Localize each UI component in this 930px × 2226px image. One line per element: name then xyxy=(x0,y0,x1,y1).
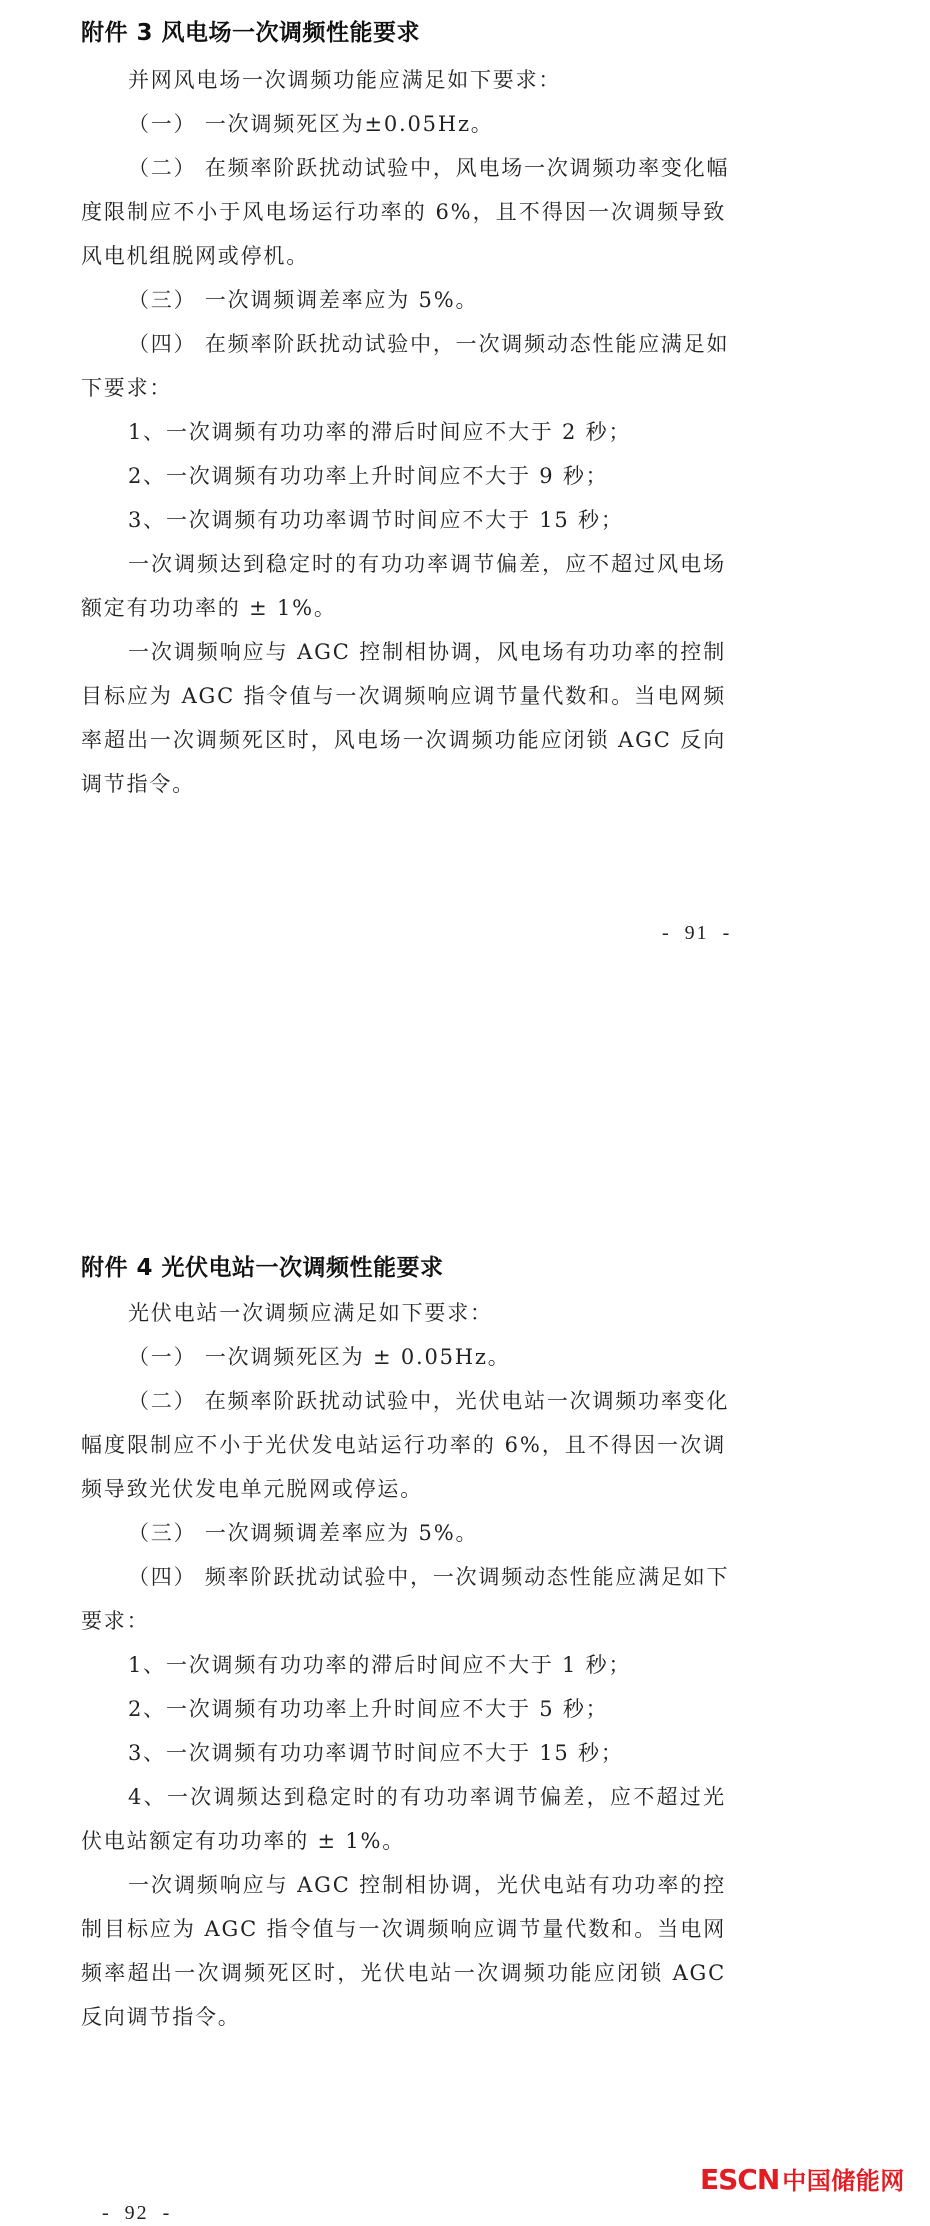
page-title: 附件 3 风电场一次调频性能要求 xyxy=(81,11,420,55)
page-number: - 92 - xyxy=(102,2198,171,2226)
text-line: 2、一次调频有功功率上升时间应不大于 5 秒； xyxy=(81,1687,726,1731)
logo-latin-text: ESCN xyxy=(700,2163,779,2196)
page-number: - 91 - xyxy=(662,918,731,948)
logo-cjk-text: 中国储能网 xyxy=(782,2167,905,2195)
text-line: 额定有功功率的 ± 1%。 xyxy=(81,586,726,630)
text-line: 幅度限制应不小于光伏发电站运行功率的 6%，且不得因一次调 xyxy=(81,1423,726,1467)
body-text: 光伏电站一次调频应满足如下要求： （一） 一次调频死区为 ± 0.05Hz。 （… xyxy=(81,1291,726,2039)
text-line: 1、一次调频有功功率的滞后时间应不大于 2 秒； xyxy=(81,410,726,454)
text-line: 反向调节指令。 xyxy=(81,1995,726,2039)
text-line: 光伏电站一次调频应满足如下要求： xyxy=(81,1291,726,1335)
text-line: 3、一次调频有功功率调节时间应不大于 15 秒； xyxy=(81,1731,726,1775)
text-line: 目标应为 AGC 指令值与一次调频响应调节量代数和。当电网频 xyxy=(81,674,726,718)
escn-watermark-logo: ESCN中国储能网 xyxy=(700,2166,905,2194)
text-line: （二） 在频率阶跃扰动试验中，光伏电站一次调频功率变化 xyxy=(81,1379,726,1423)
text-line: （四） 频率阶跃扰动试验中，一次调频动态性能应满足如下 xyxy=(81,1555,726,1599)
text-line: 一次调频响应与 AGC 控制相协调，风电场有功功率的控制 xyxy=(81,630,726,674)
text-line: 一次调频响应与 AGC 控制相协调，光伏电站有功功率的控 xyxy=(81,1863,726,1907)
text-line: 4、一次调频达到稳定时的有功功率调节偏差，应不超过光 xyxy=(81,1775,726,1819)
text-line: 频导致光伏发电单元脱网或停运。 xyxy=(81,1467,726,1511)
text-line: 2、一次调频有功功率上升时间应不大于 9 秒； xyxy=(81,454,726,498)
text-line: （三） 一次调频调差率应为 5%。 xyxy=(81,1511,726,1555)
text-line: 率超出一次调频死区时，风电场一次调频功能应闭锁 AGC 反向 xyxy=(81,718,726,762)
text-line: 一次调频达到稳定时的有功功率调节偏差，应不超过风电场 xyxy=(81,542,726,586)
text-line: 制目标应为 AGC 指令值与一次调频响应调节量代数和。当电网 xyxy=(81,1907,726,1951)
text-line: （一） 一次调频死区为 ± 0.05Hz。 xyxy=(81,1335,726,1379)
text-line: 度限制应不小于风电场运行功率的 6%，且不得因一次调频导致 xyxy=(81,190,726,234)
text-line: 并网风电场一次调频功能应满足如下要求： xyxy=(81,58,726,102)
text-line: 风电机组脱网或停机。 xyxy=(81,234,726,278)
text-line: 下要求： xyxy=(81,366,726,410)
text-line: （一） 一次调频死区为±0.05Hz。 xyxy=(81,102,726,146)
text-line: 伏电站额定有功功率的 ± 1%。 xyxy=(81,1819,726,1863)
text-line: （二） 在频率阶跃扰动试验中，风电场一次调频功率变化幅 xyxy=(81,146,726,190)
page-title: 附件 4 光伏电站一次调频性能要求 xyxy=(81,1246,444,1290)
text-line: 调节指令。 xyxy=(81,762,726,806)
body-text: 并网风电场一次调频功能应满足如下要求： （一） 一次调频死区为±0.05Hz。 … xyxy=(81,58,726,806)
text-line: 要求： xyxy=(81,1599,726,1643)
text-line: （四） 在频率阶跃扰动试验中，一次调频动态性能应满足如 xyxy=(81,322,726,366)
text-line: 3、一次调频有功功率调节时间应不大于 15 秒； xyxy=(81,498,726,542)
text-line: 频率超出一次调频死区时，光伏电站一次调频功能应闭锁 AGC xyxy=(81,1951,726,1995)
text-line: 1、一次调频有功功率的滞后时间应不大于 1 秒； xyxy=(81,1643,726,1687)
text-line: （三） 一次调频调差率应为 5%。 xyxy=(81,278,726,322)
